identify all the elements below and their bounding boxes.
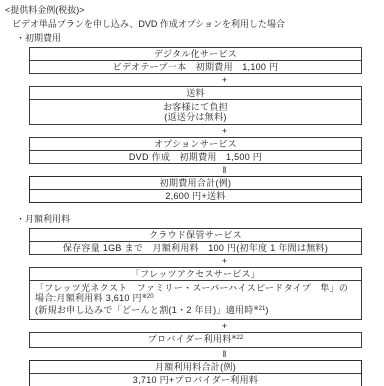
flets-detail-line1: 「フレッツ光ネクスト ファミリー・スーパーハイスピードタイプ 隼」の場合:月額利… bbox=[35, 283, 356, 305]
shipping-detail-line2: (返送分は無料) bbox=[35, 112, 356, 122]
monthly-fees-section-label: ・月額利用料 bbox=[16, 214, 384, 225]
flets-detail-line1-text: 「フレッツ光ネクスト ファミリー・スーパーハイスピードタイプ 隼」の場合:月額利… bbox=[35, 283, 348, 303]
box-header: 送料 bbox=[30, 87, 361, 99]
box-header: オプションサービス bbox=[30, 138, 361, 150]
initial-fees-total-box: 初期費用合計(例) 2,600 円+送料 bbox=[29, 176, 362, 203]
monthly-fees-stack: クラウド保管サービス 保存容量 1GB まで 月額利用料 100 円(初年度 1… bbox=[29, 228, 362, 386]
equals-connector: ‖ bbox=[58, 164, 384, 176]
box-detail: プロバイダー利用料※22 bbox=[30, 333, 361, 347]
footnote-ref-22: ※22 bbox=[232, 335, 244, 341]
box-detail: DVD 作成 初期費用 1,500 円 bbox=[30, 150, 361, 163]
box-detail: お客様にて負担 (返送分は無料) bbox=[30, 99, 361, 124]
plus-connector: + bbox=[58, 74, 384, 86]
provider-fee-box: プロバイダー利用料※22 bbox=[29, 332, 362, 348]
cloud-storage-service-box: クラウド保管サービス 保存容量 1GB まで 月額利用料 100 円(初年度 1… bbox=[29, 228, 362, 255]
box-detail: 「フレッツ光ネクスト ファミリー・スーパーハイスピードタイプ 隼」の場合:月額利… bbox=[30, 280, 361, 319]
digitization-service-box: デジタル化サービス ビデオテープ一本 初期費用 1,100 円 bbox=[29, 47, 362, 74]
plus-connector: + bbox=[58, 320, 384, 332]
monthly-fees-total-box: 月額利用料合計(例) 3,710 円+プロバイダー利用料 bbox=[29, 360, 362, 386]
flets-detail-line2: (新規お申し込みで「どーんと割(1・2 年目)」適用時※21) bbox=[35, 305, 356, 317]
initial-fees-stack: デジタル化サービス ビデオテープ一本 初期費用 1,100 円 + 送料 お客様… bbox=[29, 47, 362, 203]
flets-detail-line2-close: ) bbox=[265, 305, 268, 315]
box-header: クラウド保管サービス bbox=[30, 229, 361, 241]
option-service-box: オプションサービス DVD 作成 初期費用 1,500 円 bbox=[29, 137, 362, 164]
flets-detail-line2-text: (新規お申し込みで「どーんと割(1・2 年目)」適用時 bbox=[35, 305, 254, 315]
flets-access-service-box: 「フレッツアクセスサービス」 「フレッツ光ネクスト ファミリー・スーパーハイスピ… bbox=[29, 267, 362, 320]
plus-connector: + bbox=[58, 255, 384, 267]
box-header: デジタル化サービス bbox=[30, 48, 361, 60]
pricing-example-document: <提供料金例(税抜)> ビデオ単品プランを申し込み、DVD 作成オプションを利用… bbox=[0, 5, 384, 386]
footnote-ref-20: ※20 bbox=[142, 294, 154, 300]
shipping-fee-box: 送料 お客様にて負担 (返送分は無料) bbox=[29, 86, 362, 125]
footnote-ref-21: ※21 bbox=[254, 306, 266, 312]
box-header: 「フレッツアクセスサービス」 bbox=[30, 268, 361, 280]
box-detail: 2,600 円+送料 bbox=[30, 189, 361, 202]
box-detail: 保存容量 1GB まで 月額利用料 100 円(初年度 1 年間は無料) bbox=[30, 241, 361, 254]
page-title: <提供料金例(税抜)> bbox=[5, 5, 384, 16]
box-detail: 3,710 円+プロバイダー利用料 bbox=[30, 373, 361, 386]
box-header: 初期費用合計(例) bbox=[30, 177, 361, 189]
initial-fees-section-label: ・初期費用 bbox=[16, 33, 384, 44]
plus-connector: + bbox=[58, 125, 384, 137]
box-detail: ビデオテープ一本 初期費用 1,100 円 bbox=[30, 60, 361, 73]
box-header: 月額利用料合計(例) bbox=[30, 361, 361, 373]
provider-fee-label: プロバイダー利用料 bbox=[148, 334, 232, 344]
shipping-detail-line1: お客様にて負担 bbox=[35, 102, 356, 112]
equals-connector: ‖ bbox=[58, 348, 384, 360]
plan-condition-subtitle: ビデオ単品プランを申し込み、DVD 作成オプションを利用した場合 bbox=[12, 19, 384, 30]
